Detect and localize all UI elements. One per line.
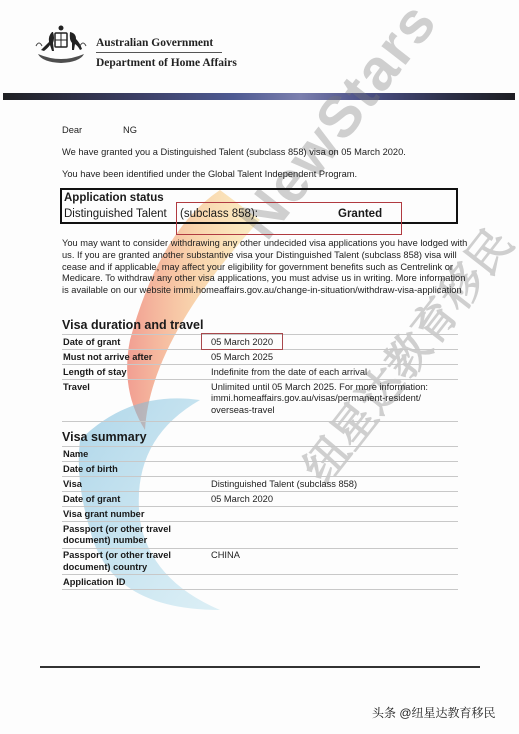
table-row: Name — [62, 446, 458, 461]
header-bar — [3, 93, 515, 100]
table-row: Must not arrive after 05 March 2025 — [62, 349, 458, 364]
header-divider — [96, 52, 222, 53]
program-statement: You have been identified under the Globa… — [62, 168, 357, 180]
table-row: Date of birth — [62, 461, 458, 476]
table-row: Application ID — [62, 574, 458, 590]
visa-summary-title: Visa summary — [62, 430, 147, 444]
footer-credit: 头条 @纽星达教育移民 — [372, 704, 496, 721]
row-label: Passport (or other travel document) numb… — [62, 522, 211, 548]
table-row: Visa grant number — [62, 506, 458, 521]
row-value: Unlimited until 05 March 2025. For more … — [211, 380, 458, 417]
recipient-name: NG — [123, 124, 137, 136]
row-label: Must not arrive after — [62, 350, 211, 364]
row-value — [211, 575, 458, 589]
table-row: Travel Unlimited until 05 March 2025. Fo… — [62, 379, 458, 422]
row-value — [211, 522, 458, 548]
row-value — [211, 447, 458, 461]
row-label: Passport (or other travel document) coun… — [62, 549, 211, 575]
highlight-box-status — [176, 202, 402, 235]
row-value — [211, 462, 458, 476]
row-label: Application ID — [62, 575, 211, 589]
salutation: Dear — [62, 124, 82, 136]
footer-divider — [40, 666, 480, 668]
table-row: Visa Distinguished Talent (subclass 858) — [62, 476, 458, 491]
row-value: 05 March 2025 — [211, 350, 458, 364]
department-name: Department of Home Affairs — [96, 57, 237, 69]
row-value: Indefinite from the date of each arrival — [211, 365, 458, 379]
coat-of-arms-icon — [30, 24, 92, 72]
row-value — [211, 507, 458, 521]
row-label: Visa grant number — [62, 507, 211, 521]
highlight-box-date — [201, 333, 283, 350]
table-row: Date of grant 05 March 2020 — [62, 491, 458, 506]
grant-statement: We have granted you a Distinguished Tale… — [62, 146, 406, 158]
government-name: Australian Government — [96, 37, 213, 49]
visa-duration-title: Visa duration and travel — [62, 318, 203, 332]
row-label: Date of birth — [62, 462, 211, 476]
withdraw-paragraph: You may want to consider withdrawing any… — [62, 238, 472, 297]
application-status-title: Application status — [64, 192, 164, 204]
row-value: Distinguished Talent (subclass 858) — [211, 477, 458, 491]
table-row: Passport (or other travel document) coun… — [62, 548, 458, 575]
visa-summary-table: Name Date of birth Visa Distinguished Ta… — [62, 446, 458, 590]
row-label: Name — [62, 447, 211, 461]
row-label: Length of stay — [62, 365, 211, 379]
application-status-visa: Distinguished Talent — [64, 208, 167, 220]
row-value: CHINA — [211, 549, 458, 575]
row-label: Date of grant — [62, 335, 211, 349]
row-label: Visa — [62, 477, 211, 491]
row-label: Date of grant — [62, 492, 211, 506]
table-row: Passport (or other travel document) numb… — [62, 521, 458, 548]
table-row: Length of stay Indefinite from the date … — [62, 364, 458, 379]
row-value: 05 March 2020 — [211, 492, 458, 506]
row-label: Travel — [62, 380, 211, 417]
